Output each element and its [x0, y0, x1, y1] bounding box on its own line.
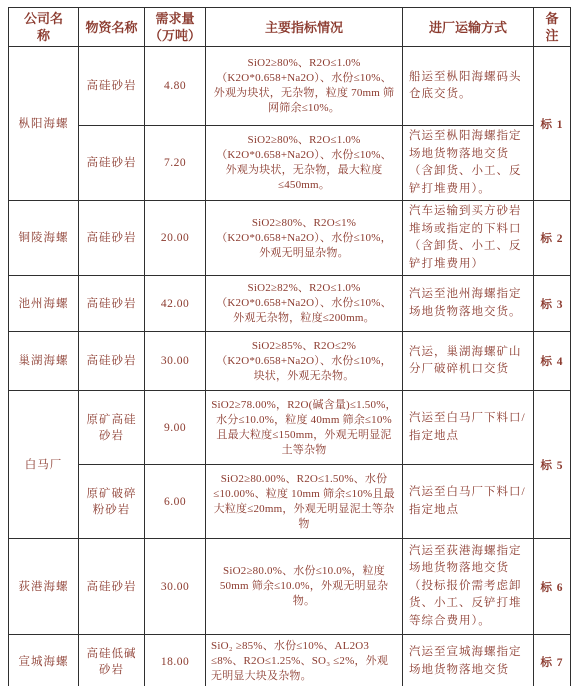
- transport-cell: 汽运至池州海螺指定场地货物落地交货。: [403, 276, 534, 332]
- remark-cell: 标 5: [534, 391, 571, 539]
- company-cell: 巢湖海螺: [9, 332, 79, 391]
- indicators-cell: SiO2≥80%、R2O≤1%（K2O*0.658+Na2O）、水份≤10%，外…: [206, 201, 403, 276]
- quantity-cell: 42.00: [145, 276, 206, 332]
- material-cell: 高硅砂岩: [79, 539, 145, 635]
- transport-cell: 汽运至白马厂下料口/指定地点: [403, 465, 534, 539]
- material-cell: 原矿破碎粉砂岩: [79, 465, 145, 539]
- table-row: 池州海螺 高硅砂岩 42.00 SiO2≥82%、R2O≤1.0%（K2O*0.…: [9, 276, 571, 332]
- table-row: 原矿破碎粉砂岩 6.00 SiO2≥80.00%、R2O≤1.50%、水份≤10…: [9, 465, 571, 539]
- indicators-cell: SiO₂ ≥85%、水份≤10%、AL2O3 ≤8%、R2O≤1.25%、SO₃…: [206, 635, 403, 686]
- company-cell: 池州海螺: [9, 276, 79, 332]
- material-cell: 高硅砂岩: [79, 47, 145, 126]
- table-row: 枞阳海螺 高硅砂岩 4.80 SiO2≥80%、R2O≤1.0%（K2O*0.6…: [9, 47, 571, 126]
- remark-cell: 标 1: [534, 47, 571, 201]
- remark-cell: 标 4: [534, 332, 571, 391]
- remark-cell: 标 2: [534, 201, 571, 276]
- transport-cell: 汽运，巢湖海螺矿山分厂破碎机口交货: [403, 332, 534, 391]
- header-remark: 备注: [534, 8, 571, 47]
- company-cell: 宣城海螺: [9, 635, 79, 686]
- indicators-cell: SiO2≥85%、R2O≤2%（K2O*0.658+Na2O）、水份≤10%，块…: [206, 332, 403, 391]
- table-row: 白马厂 原矿高硅砂岩 9.00 SiO2≥78.00%，R2O(碱含量)≤1.5…: [9, 391, 571, 465]
- material-cell: 高硅砂岩: [79, 276, 145, 332]
- company-cell: 铜陵海螺: [9, 201, 79, 276]
- indicators-cell: SiO2≥80%、R2O≤1.0%（K2O*0.658+Na2O）、水份≤10%…: [206, 126, 403, 201]
- indicators-cell: SiO2≥80.00%、R2O≤1.50%、水份≤10.00%、粒度 10mm …: [206, 465, 403, 539]
- company-cell: 白马厂: [9, 391, 79, 539]
- table-row: 巢湖海螺 高硅砂岩 30.00 SiO2≥85%、R2O≤2%（K2O*0.65…: [9, 332, 571, 391]
- indicators-cell: SiO2≥82%、R2O≤1.0%（K2O*0.658+Na2O）、水份≤10%…: [206, 276, 403, 332]
- transport-cell: 汽运至枞阳海螺指定场地货物落地交货（含卸货、小工、反铲打堆费用）。: [403, 126, 534, 201]
- material-cell: 高硅砂岩: [79, 126, 145, 201]
- header-material: 物资名称: [79, 8, 145, 47]
- remark-cell: 标 6: [534, 539, 571, 635]
- quantity-cell: 6.00: [145, 465, 206, 539]
- table-row: 高硅砂岩 7.20 SiO2≥80%、R2O≤1.0%（K2O*0.658+Na…: [9, 126, 571, 201]
- quantity-cell: 4.80: [145, 47, 206, 126]
- document-page: { "colors": { "text": "#8b3a2e", "border…: [0, 0, 578, 686]
- transport-cell: 船运至枞阳海螺码头仓底交货。: [403, 47, 534, 126]
- company-cell: 荻港海螺: [9, 539, 79, 635]
- table-row: 宣城海螺 高硅低碱砂岩 18.00 SiO₂ ≥85%、水份≤10%、AL2O3…: [9, 635, 571, 686]
- transport-cell: 汽车运输到买方砂岩堆场或指定的下料口（含卸货、小工、反铲打堆费用）: [403, 201, 534, 276]
- material-cell: 高硅砂岩: [79, 332, 145, 391]
- procurement-table: 公司名称 物资名称 需求量（万吨） 主要指标情况 进厂运输方式 备注 枞阳海螺 …: [8, 7, 571, 686]
- transport-cell: 汽运至荻港海螺指定场地货物落地交货（投标报价需考虑卸货、小工、反铲打堆等综合费用…: [403, 539, 534, 635]
- indicators-cell: SiO2≥80%、R2O≤1.0%（K2O*0.658+Na2O）、水份≤10%…: [206, 47, 403, 126]
- quantity-cell: 30.00: [145, 539, 206, 635]
- transport-cell: 汽运至宣城海螺指定场地货物落地交货: [403, 635, 534, 686]
- header-company: 公司名称: [9, 8, 79, 47]
- quantity-cell: 18.00: [145, 635, 206, 686]
- quantity-cell: 7.20: [145, 126, 206, 201]
- indicators-cell: SiO2≥80.0%、水份≤10.0%，粒度 50mm 筛余≤10.0%，外观无…: [206, 539, 403, 635]
- header-quantity: 需求量（万吨）: [145, 8, 206, 47]
- material-cell: 高硅砂岩: [79, 201, 145, 276]
- table-row: 铜陵海螺 高硅砂岩 20.00 SiO2≥80%、R2O≤1%（K2O*0.65…: [9, 201, 571, 276]
- company-cell: 枞阳海螺: [9, 47, 79, 201]
- transport-cell: 汽运至白马厂下料口/指定地点: [403, 391, 534, 465]
- header-transport: 进厂运输方式: [403, 8, 534, 47]
- quantity-cell: 9.00: [145, 391, 206, 465]
- material-cell: 原矿高硅砂岩: [79, 391, 145, 465]
- remark-cell: 标 7: [534, 635, 571, 686]
- header-row: 公司名称 物资名称 需求量（万吨） 主要指标情况 进厂运输方式 备注: [9, 8, 571, 47]
- material-cell: 高硅低碱砂岩: [79, 635, 145, 686]
- header-indicators: 主要指标情况: [206, 8, 403, 47]
- remark-cell: 标 3: [534, 276, 571, 332]
- table-row: 荻港海螺 高硅砂岩 30.00 SiO2≥80.0%、水份≤10.0%，粒度 5…: [9, 539, 571, 635]
- indicators-cell: SiO2≥78.00%，R2O(碱含量)≤1.50%，水分≤10.0%，粒度 4…: [206, 391, 403, 465]
- quantity-cell: 20.00: [145, 201, 206, 276]
- quantity-cell: 30.00: [145, 332, 206, 391]
